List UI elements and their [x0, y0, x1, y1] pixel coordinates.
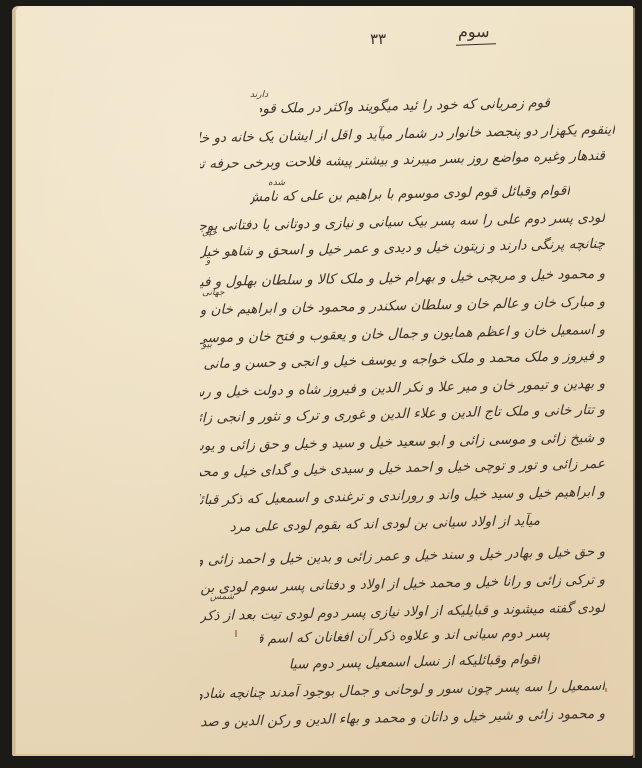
page-left-edge: [12, 10, 15, 755]
page-number: ۳۳: [370, 30, 386, 48]
ink-mark: [605, 688, 607, 692]
ink-mark: [235, 630, 237, 637]
margin-note: دارند: [250, 90, 268, 100]
margin-note: شده: [268, 178, 285, 188]
margin-note: و: [206, 256, 210, 266]
margin-note: خیل: [202, 228, 217, 238]
margin-note: بیو: [202, 340, 212, 350]
margin-note: جهانی: [202, 288, 224, 298]
page-right-edge: [633, 8, 635, 758]
header-word: سوم: [458, 22, 490, 41]
margin-note: شمس: [210, 592, 234, 602]
